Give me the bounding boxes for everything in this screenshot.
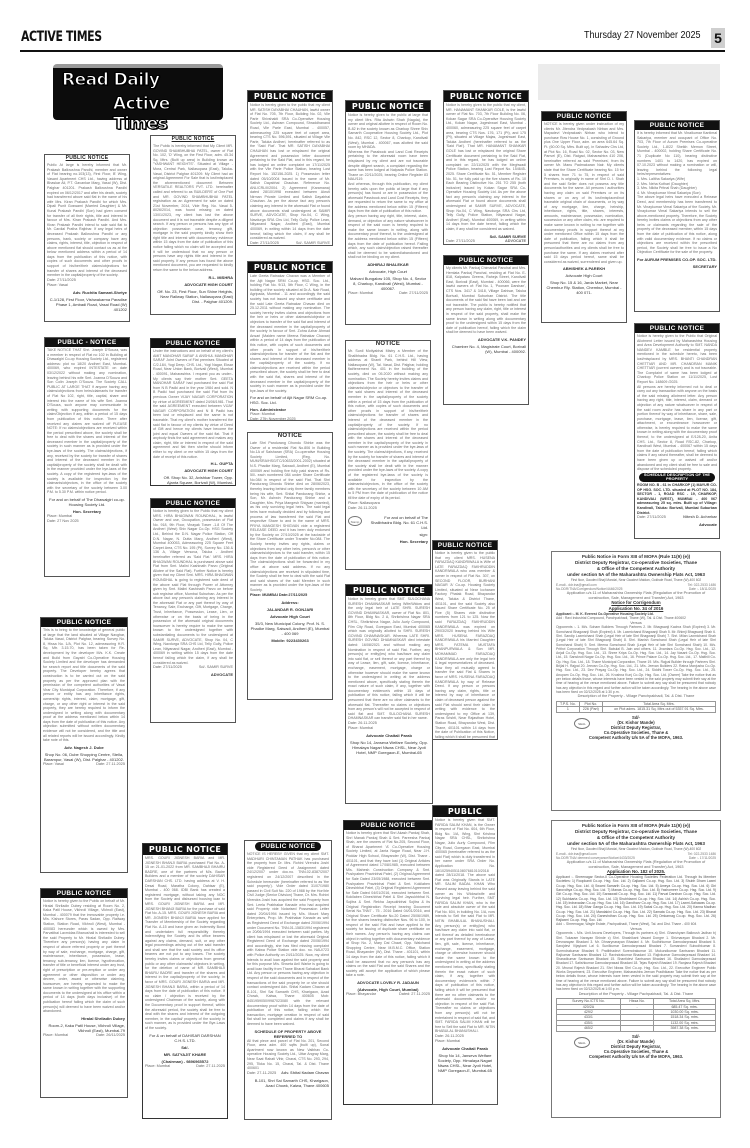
- notice-address: Shop No. 06, Dube Shopping Centre, Stell…: [43, 752, 125, 762]
- notice-body: Notice is hereby given to the public tha…: [435, 551, 495, 740]
- notice-heading: PUBLIC NOTICE: [151, 339, 235, 348]
- notice-heading: PUBLIC NOTICE: [635, 324, 719, 333]
- notice-body: Notice is hereby given that SMT. SULOCHA…: [348, 597, 430, 721]
- notice-heading: PUBLIC NOTICE: [151, 136, 235, 143]
- notice-bharat-apartment: PUBLIC NOTICE Notice is hereby given tha…: [343, 820, 433, 1105]
- notice-title: Hon. Secretary: [348, 539, 428, 544]
- schedule-body: ROOM NO. B - 61 in CHARKOP (1) MAYUR CO-…: [637, 483, 717, 515]
- notice-khan: PUBLIC NOTICE Notice is hereby given tha…: [432, 805, 498, 1105]
- notice-body: My clients Mr. Pankaj Chimanlal Panchal …: [446, 266, 526, 335]
- notice-date: Date: 27.11.2025: [196, 1064, 225, 1069]
- notice-heading: PUBLIC NOTICE: [255, 842, 321, 851]
- notice-heading: PUBLIC NOTICE: [344, 821, 432, 830]
- notice-date: Date: 27.11.2025: [96, 762, 125, 767]
- notice-dsouza: PUBLIC - NOTICE TAKE NOTICE THAT Shri. J…: [44, 337, 130, 577]
- notice-kandriwala: PUBLIC NOTICE Notice is hereby given to …: [432, 540, 498, 740]
- notice-body-1: Notice is hereby given to the public at …: [348, 113, 428, 150]
- notice-body: Late Geeta Ratnakar Chavan was a Member …: [250, 274, 330, 393]
- notice-heading: PUBLIC NOTICE: [143, 844, 227, 855]
- table-row: 465/23987.38 Sq. mtrs.: [557, 1026, 716, 1031]
- notice-footer: For and on behalf of Ajit Nagar SRM Co-o…: [250, 395, 330, 405]
- notice-nirban: PUBLIC NOTICE NOTICE is hereby given und…: [541, 111, 627, 323]
- form-property-description: Description of the Property - Village Pa…: [556, 992, 716, 997]
- notice-place: Place: Mumbai: [43, 1033, 68, 1038]
- form-xiii-corrigendum: Public Notice in Form XIII of MOFA (Rule…: [551, 551, 721, 811]
- notice-body-2: Whereas the Passbook and Land Cost Recei…: [348, 150, 428, 182]
- notice-signatory: Advocate Chaitali Parab: [435, 1046, 495, 1051]
- newspaper-title: ACTIVE TIMES: [21, 29, 102, 45]
- notice-signatory: JALANDAR R. GONJARI: [250, 607, 330, 612]
- notice-title: Advocate High Court: [544, 273, 624, 278]
- notice-address-label: Address:: [250, 600, 330, 605]
- notice-body: Late Shri Pandurang Dhondu Shirke was th…: [250, 441, 330, 593]
- notice-body-3: And whereas, through this publication, m…: [348, 182, 428, 214]
- notice-pandhi: PUBLIC NOTICE Public At large is hereby …: [44, 154, 130, 322]
- notice-address: Malvani Bungalow 105, Shop No. 4, Sector…: [348, 276, 428, 291]
- notice-aurum: PUBLIC NOTICE It is hereby informed that…: [634, 120, 720, 312]
- notice-title: Advocate: [637, 522, 717, 527]
- notice-signatory: ADVOCATE LOVELY R. JADAUN: [346, 980, 430, 985]
- notice-body-2: The above legal heirs have executed a Re…: [637, 195, 717, 255]
- notice-chauhan: PUBLIC NOTICE Notice is hereby given to …: [247, 90, 333, 246]
- notice-body: Notice is hereby given to the public tha…: [250, 103, 330, 241]
- notice-title: ADVOCATE HIGH COURT: [153, 468, 233, 473]
- property-table: T.P.S. No. Plot No. Total Area Sq. Mtrs.…: [556, 701, 716, 713]
- notice-signatory: For AURUM PREMISES CO-OP. SOC. LTD.: [637, 257, 717, 262]
- seal-icon: SEAL: [574, 1037, 590, 1048]
- form-application-text: Application u/s 11 of Maharashtra Owners…: [556, 591, 716, 600]
- notice-body: NOTICE is hereby given under instruction…: [544, 122, 624, 264]
- notice-date: Date: 27/11/2025: [153, 665, 182, 670]
- notice-date: Date: 26/11/2025: [96, 1033, 125, 1038]
- notice-signatory: Adv. Ruchita Samant-Shetye: [47, 290, 127, 295]
- notice-address: Chamber No. 4, Magistrate Court, Borival…: [446, 344, 526, 354]
- notice-heading: PUBLIC NOTICE: [444, 256, 528, 265]
- notice-footer: For and on behalf of The Shalibhadra Bld…: [365, 515, 428, 530]
- schedule-body: All that piece and parcel of Flat No. 20…: [247, 1039, 329, 1071]
- notice-baria: PUBLIC NOTICE MRS. GOURI JIGNESH BARIA a…: [142, 843, 228, 1119]
- notice-address: B-101, Shri Sai Samarth CHS, Kharigaon, …: [247, 1078, 329, 1088]
- notice-place-date: Place: MUMBAI Date:27/11/2025: [250, 593, 330, 598]
- notice-place: Place: Mumbai: [348, 726, 373, 731]
- notice-body: Public At large is hereby informed that …: [47, 163, 127, 278]
- notice-sign: sign:: [348, 532, 428, 537]
- notice-title: ADVOCATE: [505, 239, 526, 244]
- form-xiii-deemed-conveyance: Public Notice in Form XIII of MOFA (Rule…: [551, 820, 721, 1118]
- notice-place: Place: Bhayandar: [346, 992, 376, 997]
- form-applicant: Applicant :- Shreenagar Sector-II Co-Ope…: [556, 875, 716, 922]
- notice-signatory: ADHIRAJ BHALEKAR: [348, 262, 428, 267]
- notice-roundhal: PUBLIC NOTICE Notice is hereby given to …: [150, 498, 236, 723]
- notice-heading: PUBLIC NOTICE: [346, 585, 432, 596]
- notice-signatory: Hiralal Shriladin Dubey: [43, 1016, 125, 1021]
- notice-address: 35/3, New Municipal Colony, Prof. N. S. …: [250, 621, 330, 636]
- form-property-description: Description of the Property - Village Pa…: [556, 694, 716, 699]
- form-application-text: Application u/s 11 of Maharashtra Owners…: [556, 860, 716, 869]
- notice-place: Place: Vasai: [47, 283, 68, 288]
- notice-title: Advocate High Court: [250, 614, 330, 619]
- notice-mobile: Mobile: 9223430263: [250, 638, 330, 643]
- notice-navghar-redevelopment: PUBLIC NOTICE This is to bring to the kn…: [40, 617, 128, 873]
- notice-date: Date: 27/11/2025: [250, 241, 279, 246]
- notice-body: Under the instructions and on behalf of …: [153, 349, 233, 459]
- notice-address: Shop No 14, Janseva Welfare Society, Opp…: [435, 1053, 495, 1073]
- notice-sd: Sd/-: [145, 1045, 225, 1050]
- notice-signatory: MR. SATYAJIT KHARE: [145, 1052, 225, 1057]
- notice-signatory: Adv. Nagesh J. Dube: [43, 745, 125, 750]
- notice-heading: NOTICE: [346, 341, 430, 348]
- notice-body: TAKE NOTICE THAT Shri. Joseph D'Souza, w…: [47, 348, 127, 495]
- notice-heading: PUBLIC NOTICE: [45, 155, 129, 162]
- notice-shirke: NOTICE Late Shri Pandurang Dhondu Shirke…: [247, 432, 333, 700]
- issue-date: Thursday 27 November 2025: [584, 30, 701, 41]
- notice-signatory: Adv. Shital Kadam Chavan: [281, 1071, 329, 1076]
- notice-saraf: PUBLIC NOTICE Under the instructions and…: [150, 338, 236, 486]
- notice-title: Advocate, High Court: [348, 269, 428, 274]
- form-opponents: Opponents :- M/s. Unit Arcons Developers…: [556, 931, 716, 991]
- form-opponents: Opponents :- 1. M/s. Soham Builders Thro…: [556, 625, 716, 694]
- form-signature-block: SEAL Sd/- (Dr. Kishor Mande) District De…: [556, 1034, 716, 1060]
- notice-heading: PUBLIC NOTICE: [346, 101, 430, 112]
- property-table: Survey No./CTS No. Hissa No. Total Area …: [556, 998, 716, 1031]
- notice-address: Shop No 14, Janseva Welfare Society, Opp…: [348, 740, 430, 755]
- notice-body: Notice is hereby given to the Public tha…: [153, 509, 233, 665]
- notice-body: Notice is hereby given that Shri Akash P…: [346, 831, 430, 978]
- notice-heading: PUBLIC NOTICE: [444, 91, 528, 102]
- notice-signatory: Sd/- SAMIR SURVE: [296, 241, 330, 246]
- notice-address: Room-2, Kaka Patil House, Vikhroli Villa…: [43, 1023, 125, 1033]
- banner-line-1: Read Daily: [62, 70, 160, 90]
- seal-icon: SEAL: [574, 718, 590, 729]
- read-daily-banner: Read Daily Active Times: [53, 64, 223, 120]
- notice-date: Dated: 27.11.2025: [399, 992, 430, 997]
- stamp-icon: Stamp: [348, 516, 362, 526]
- notice-body: Notice is hereby given that SMT. FARIDA …: [435, 818, 495, 1034]
- notice-signatory: ADVOCATE V.K. PANDEY: [446, 337, 526, 342]
- notice-place: Place: Mumbai: [145, 1064, 170, 1069]
- notice-footer: For and on behalf of The Dhawalgiri co-o…: [47, 497, 127, 507]
- notice-body: It is hereby informed that Mr. Vinaikuma…: [637, 131, 717, 177]
- notice-place: Place: Mumbai: [435, 1039, 460, 1044]
- notice-body: Mr. Sunil Motiyabhai Mistry a Member of …: [348, 349, 428, 501]
- notice-date: Date: 27/11/2025: [399, 291, 428, 296]
- notice-dhamnaskar: PUBLIC NOTICE Notice is hereby given tha…: [345, 584, 433, 804]
- notice-body: NOTICE IS HEREBY GIVEN that my client SM…: [247, 852, 329, 1027]
- notice-pathak: PUBLIC NOTICE NOTICE IS HEREBY GIVEN tha…: [244, 840, 332, 1120]
- notice-body-2: All persons are hereby informed not to d…: [637, 385, 717, 472]
- notice-place: Place: Mumbai: [348, 291, 373, 296]
- masthead: ACTIVE TIMES Thursday 27 November 2025 5: [20, 28, 725, 52]
- notice-signatory: H.L. GUPTA: [153, 461, 233, 466]
- notice-chavan: PUBLIC NOTICE Late Geeta Ratnakar Chavan…: [247, 261, 333, 421]
- notice-title: SECRETARY: [637, 264, 717, 269]
- notice-heading: NOTICE: [248, 433, 332, 440]
- notice-signatory: ABHISHEK A PAREKH: [544, 266, 624, 271]
- notice-place: Place: Vasai: [43, 762, 64, 767]
- notice-heading: PUBLIC NOTICE: [41, 618, 127, 627]
- notice-body: Notice is hereby given to the public tha…: [446, 103, 526, 232]
- notice-heading: PUBLIC NOTICE: [248, 91, 332, 102]
- table-row: 1 226 (Part) on Plot adms. 1815.31 Sq. M…: [557, 707, 716, 712]
- notice-mistry: NOTICE Mr. Sunil Motiyabhai Mistry a Mem…: [345, 340, 431, 570]
- notice-body: Notice is hereby given to the Public on …: [43, 899, 125, 1014]
- notice-signatory: R.L. MISHRA: [153, 275, 233, 280]
- notice-date: Date: 27 Nov 2025: [47, 519, 79, 524]
- form-signature-block: SEAL Sd/- (Dr. Kishor Mande) District De…: [556, 715, 716, 741]
- notice-body: MRS. GOURI JIGNESH BARIA and MR. JIGNESH…: [145, 856, 225, 1031]
- notice-heading: PUBLIC NOTICE: [151, 499, 235, 508]
- notice-body-4: Any person having any right, title, inte…: [348, 214, 428, 260]
- notice-footer: For & on behalf of DAHISAR DARSHAN C.H.S…: [145, 1033, 225, 1043]
- notice-address: Off. Shop No. 32, Avishkar Tower, Opp. A…: [153, 475, 233, 486]
- notice-address: Shop No. 15 & 16, Jarda Market, Near Che…: [544, 280, 624, 295]
- notice-heading: PUBLIC NOTICE: [542, 112, 626, 121]
- banner-line-2: Active Times: [113, 94, 223, 134]
- notice-body: This is to bring to the knowledge of gen…: [43, 628, 125, 743]
- notice-body: The Public is hereby informed that My Cl…: [153, 144, 233, 273]
- notice-signatory: Nitesh D. Achrekar: [683, 515, 717, 520]
- notice-panchal: PUBLIC NOTICE My clients Mr. Pankaj Chim…: [443, 255, 529, 405]
- notice-address: Off. No. 23, First Floor, Sun Shine Heig…: [153, 289, 233, 304]
- notice-title: ADVOCATE: [153, 672, 233, 677]
- notice-address: C-1/128, First Floor, Vishwakarma Paradi…: [47, 297, 127, 312]
- notice-date: Date: 26.11.2025: [348, 506, 377, 511]
- notice-heading: PUBLIC NOTICE: [248, 262, 332, 273]
- schedule-heading: SCHEDULE DESCRIPTION OF THE PROPERTY: [639, 473, 715, 482]
- notice-signatory: Advocate Chaitali Parab: [348, 733, 430, 738]
- notice-patel: PUBLIC NOTICE The Public is hereby infor…: [150, 135, 236, 315]
- notice-date: Date: 27/11/2025: [637, 515, 666, 520]
- notice-title: ADVOCATE HIGH COURT: [153, 282, 233, 287]
- notice-heading: PUBLIC - NOTICE: [45, 338, 129, 347]
- notice-date: Date: 27-11-2025: [247, 1071, 276, 1076]
- notice-shah-nagda: PUBLIC NOTICE Notice is hereby given to …: [345, 100, 431, 325]
- notice-heading: PUBLIC NOTICE: [433, 541, 497, 550]
- notice-gole: PUBLIC NOTICE Notice is hereby given to …: [443, 90, 529, 245]
- notice-signatory: Sd/- SAMIR SURVE: [199, 665, 233, 670]
- notice-heading: PUBLIC NOTICE: [635, 121, 719, 130]
- page-number: 5: [711, 28, 725, 48]
- notice-kamble: PUBLIC NOTICE Notice is hereby given to …: [634, 323, 720, 539]
- notice-body-1: Notice is hereby given to the Public tha…: [637, 334, 717, 385]
- notice-date: Date: 27th November 2025: [250, 417, 296, 421]
- ad-placeholder: [538, 64, 720, 100]
- notice-heading: PUBLIC NOTICE: [433, 806, 497, 817]
- notice-date: Date: 27/11/2025: [446, 239, 475, 244]
- notice-dubey: PUBLIC NOTICE Notice is hereby given to …: [40, 888, 128, 1098]
- schedule-heading: SCHEDULE OF PROPERTY ABOVE REFERRED TO: [247, 1029, 329, 1039]
- notice-heading: PUBLIC NOTICE: [41, 889, 127, 898]
